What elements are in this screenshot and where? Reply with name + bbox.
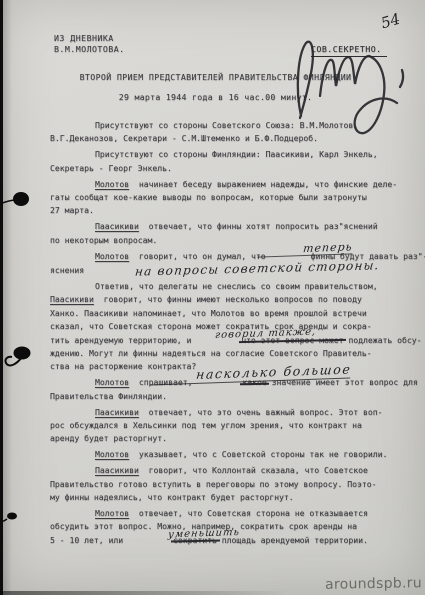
diary-header: ИЗ ДНЕВНИКА В.М.МОЛОТОВА. xyxy=(54,33,125,55)
typed-text: ждению. Могут ли финны надеяться на согл… xyxy=(50,348,372,358)
typed-text: Правительства Финляндии. xyxy=(50,391,167,401)
typed-text: Присутствуют со стороны Финляндии: Пааси… xyxy=(95,149,378,159)
typed-text: В.Г.Деканозов, Секретари - С.М.Штеменко … xyxy=(50,133,318,143)
paragraph: Молотов начинает беседу выражением надеж… xyxy=(50,178,425,218)
diary-header-line1: ИЗ ДНЕВНИКА xyxy=(54,33,125,44)
paragraph: Молотов спрашивает, какоенасколько больш… xyxy=(50,376,425,403)
page-number: 54 xyxy=(379,10,402,33)
paragraph: Молотов отвечает, что Советская сторона … xyxy=(50,507,425,547)
annotated-text: что этот вопрос можетговорил также, xyxy=(196,334,343,347)
typed-text: отвечает, что это очень важный вопрос. Э… xyxy=(139,407,383,417)
paragraph: Паасикиви отвечает, что это очень важный… xyxy=(50,406,425,446)
paragraph: Присутствуют со стороны Финляндии: Пааси… xyxy=(50,148,425,175)
document-subtitle: 29 марта 1944 года в 16 час.00 минут. xyxy=(6,92,425,102)
typed-text: Правительство готово вступить в перегово… xyxy=(50,479,376,489)
speaker-name: Молотов xyxy=(95,179,129,189)
speaker-name: Паасикиви xyxy=(95,221,139,231)
document-body: Присутствуют со стороны Советского Союза… xyxy=(50,119,425,550)
typed-text: Секретарь - Георг Энкель. xyxy=(50,163,172,173)
speaker-name: Паасикиви xyxy=(50,294,94,304)
typed-text: подлежать обсу- xyxy=(344,335,422,345)
speaker-name: Молотов xyxy=(95,508,129,518)
typed-text: рос обсуждался в Хельсинки под тем углом… xyxy=(50,420,362,430)
typed-text: говорит, что финны имеют несколько вопро… xyxy=(94,294,362,304)
speaker-name: Молотов xyxy=(95,377,129,387)
typed-text: Ханко. Паасикиви напоминает, что Молотов… xyxy=(50,308,367,318)
annotated-text: сократитьуменьшить xyxy=(128,534,217,547)
watermark: aroundspb.ru xyxy=(325,575,422,593)
paragraph: Молотов говорит, что он думал, чтофинныт… xyxy=(50,250,425,278)
document-title: ВТОРОЙ ПРИЕМ ПРЕДСТАВИТЕЛЕЙ ПРАВИТЕЛЬСТВ… xyxy=(6,72,425,82)
typed-text: гаты сообщат кое-какие выводы по вопроса… xyxy=(50,192,367,202)
typed-text: 5 - 10 лет, или xyxy=(50,535,128,545)
paragraph: Паасикиви отвечает, что финны хотят попр… xyxy=(50,220,425,247)
typed-text: по некоторым вопросам. xyxy=(50,235,157,245)
typed-text: отвечает, что Советская сторона не отказ… xyxy=(129,508,368,518)
annotated-text: какоенасколько большое xyxy=(197,376,266,389)
document-page: 54 ИЗ ДНЕВНИКА В.М.МОЛОТОВА. СОВ.СЕКРЕТН… xyxy=(0,0,425,595)
typed-text: отвечает, что финны хотят попросить раз"… xyxy=(139,221,378,231)
handwritten-note: на вопросы советской стороны. xyxy=(89,259,380,280)
typed-text: яснения xyxy=(50,265,84,275)
scan-edge-shadow xyxy=(3,0,12,595)
typed-text: аренду будет расторгнут. xyxy=(50,433,167,443)
typed-text: Ответив, что делегаты не снеслись со сво… xyxy=(95,281,378,291)
typed-text: говорит, что Коллонтай сказала, что Сове… xyxy=(139,465,368,475)
speaker-name: Паасикиви xyxy=(95,407,139,417)
paragraph: Молотов указывает, что с Советской сторо… xyxy=(50,448,425,461)
diary-header-line2: В.М.МОЛОТОВА. xyxy=(54,44,125,55)
typed-text: 27 марта. xyxy=(50,205,94,215)
typed-text: начинает беседу выражением надежды, что … xyxy=(129,179,397,189)
typed-text: сказал, что Советская сторона может сокр… xyxy=(50,321,372,331)
typed-text: указывает, что с Советской стороны так н… xyxy=(129,449,387,459)
speaker-name: Молотов xyxy=(95,449,129,459)
paragraph: Паасикиви говорит, что Коллонтай сказала… xyxy=(50,464,425,504)
scan-bottom-shadow xyxy=(0,591,289,595)
classification-stamp: СОВ.СЕКРЕТНО. xyxy=(311,44,387,57)
speaker-name: Молотов xyxy=(95,251,129,261)
typed-text: говорит, что он думал, что xyxy=(129,251,265,261)
paragraph: Присутствуют со стороны Советского Союза… xyxy=(50,119,425,146)
paragraph: Ответив, что делегаты не снеслись со сво… xyxy=(50,280,425,374)
typed-text: му финны надеялись, что контракт будет р… xyxy=(50,492,294,502)
typed-text: Присутствуют со стороны Советского Союза… xyxy=(95,120,358,130)
speaker-name: Паасикиви xyxy=(95,465,139,475)
handwritten-teper: теперь xyxy=(257,241,353,257)
